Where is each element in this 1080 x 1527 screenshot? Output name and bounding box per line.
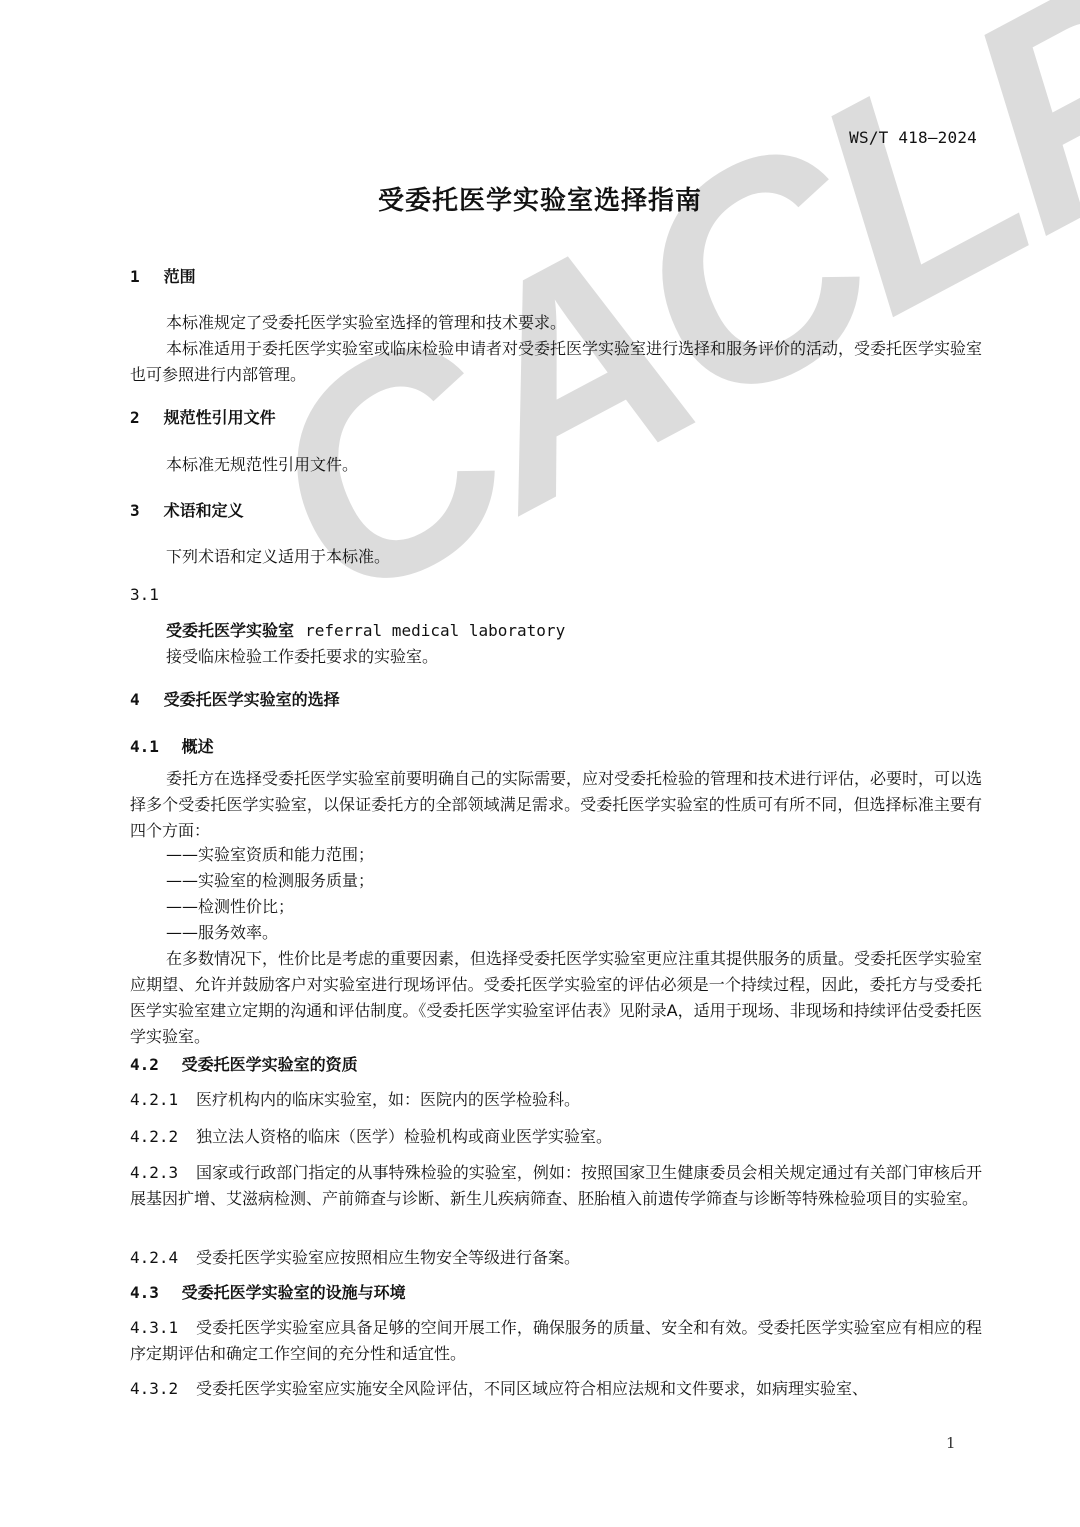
section-number: 4 — [130, 687, 158, 713]
document-page: WS/T 418—2024 受委托医学实验室选择指南 1 范围 本标准规定了受委… — [0, 0, 1080, 1527]
section-title: 规范性引用文件 — [164, 408, 276, 427]
section-title: 受委托医学实验室的选择 — [164, 690, 340, 709]
section-4-2-heading: 4.2 受委托医学实验室的资质 — [130, 1052, 358, 1078]
list-item: ——检测性价比； — [166, 894, 294, 920]
section-number: 4.3 — [130, 1280, 176, 1306]
section-4-3-heading: 4.3 受委托医学实验室的设施与环境 — [130, 1280, 406, 1306]
clause: 4.2.2独立法人资格的临床（医学）检验机构或商业医学实验室。 — [130, 1124, 982, 1150]
list-item: ——实验室的检测服务质量； — [166, 868, 374, 894]
section-number: 2 — [130, 405, 158, 431]
section-number: 1 — [130, 264, 158, 290]
term-entry: 受委托医学实验室 referral medical laboratory — [166, 618, 565, 644]
page-number: 1 — [946, 1434, 956, 1452]
clause: 4.2.4受委托医学实验室应按照相应生物安全等级进行备案。 — [130, 1245, 982, 1271]
section-2-heading: 2 规范性引用文件 — [130, 405, 276, 431]
section-title: 受委托医学实验室的设施与环境 — [182, 1283, 406, 1302]
paragraph: 本标准无规范性引用文件。 — [130, 452, 982, 478]
term-chinese: 受委托医学实验室 — [166, 621, 294, 640]
section-number: 4.2 — [130, 1052, 176, 1078]
clause-number: 3.1 — [130, 582, 159, 608]
clause: 4.3.1受委托医学实验室应具备足够的空间开展工作，确保服务的质量、安全和有效。… — [130, 1315, 982, 1367]
clause-text: 受委托医学实验室应具备足够的空间开展工作，确保服务的质量、安全和有效。受委托医学… — [130, 1318, 982, 1363]
document-title: 受委托医学实验室选择指南 — [0, 180, 1080, 217]
clause-number: 4.2.2 — [130, 1124, 196, 1150]
term-english: referral medical laboratory — [305, 621, 565, 640]
section-title: 术语和定义 — [164, 501, 244, 520]
section-title: 范围 — [164, 267, 196, 286]
clause-text: 国家或行政部门指定的从事特殊检验的实验室，例如：按照国家卫生健康委员会相关规定通… — [130, 1163, 982, 1208]
section-number: 3 — [130, 498, 158, 524]
paragraph: 委托方在选择受委托医学实验室前要明确自己的实际需要，应对受委托检验的管理和技术进… — [130, 766, 982, 844]
section-1-heading: 1 范围 — [130, 264, 196, 290]
clause-number: 4.2.3 — [130, 1160, 196, 1186]
list-item: ——实验室资质和能力范围； — [166, 842, 374, 868]
term-definition: 接受临床检验工作委托要求的实验室。 — [166, 644, 438, 670]
section-3-heading: 3 术语和定义 — [130, 498, 244, 524]
paragraph: 本标准规定了受委托医学实验室选择的管理和技术要求。 — [130, 310, 982, 336]
paragraph: 在多数情况下，性价比是考虑的重要因素，但选择受委托医学实验室更应注重其提供服务的… — [130, 946, 982, 1050]
clause-text: 受委托医学实验室应按照相应生物安全等级进行备案。 — [196, 1248, 580, 1267]
clause: 4.2.1医疗机构内的临床实验室，如：医院内的医学检验科。 — [130, 1087, 982, 1113]
paragraph: 下列术语和定义适用于本标准。 — [130, 544, 982, 570]
clause: 4.2.3国家或行政部门指定的从事特殊检验的实验室，例如：按照国家卫生健康委员会… — [130, 1160, 982, 1212]
clause-number: 4.2.1 — [130, 1087, 196, 1113]
clause-number: 4.2.4 — [130, 1245, 196, 1271]
clause-text: 受委托医学实验室应实施安全风险评估，不同区域应符合相应法规和文件要求，如病理实验… — [196, 1379, 868, 1398]
clause-text: 医疗机构内的临床实验室，如：医院内的医学检验科。 — [196, 1090, 580, 1109]
section-title: 概述 — [182, 737, 214, 756]
clause: 4.3.2受委托医学实验室应实施安全风险评估，不同区域应符合相应法规和文件要求，… — [130, 1376, 982, 1402]
clause-number: 4.3.1 — [130, 1315, 196, 1341]
clause-number: 4.3.2 — [130, 1376, 196, 1402]
section-title: 受委托医学实验室的资质 — [182, 1055, 358, 1074]
clause-text: 独立法人资格的临床（医学）检验机构或商业医学实验室。 — [196, 1127, 612, 1146]
paragraph: 本标准适用于委托医学实验室或临床检验申请者对受委托医学实验室进行选择和服务评价的… — [130, 336, 982, 388]
list-item: ——服务效率。 — [166, 920, 278, 946]
document-number: WS/T 418—2024 — [849, 128, 977, 147]
section-4-1-heading: 4.1 概述 — [130, 734, 214, 760]
section-number: 4.1 — [130, 734, 176, 760]
section-4-heading: 4 受委托医学实验室的选择 — [130, 687, 340, 713]
